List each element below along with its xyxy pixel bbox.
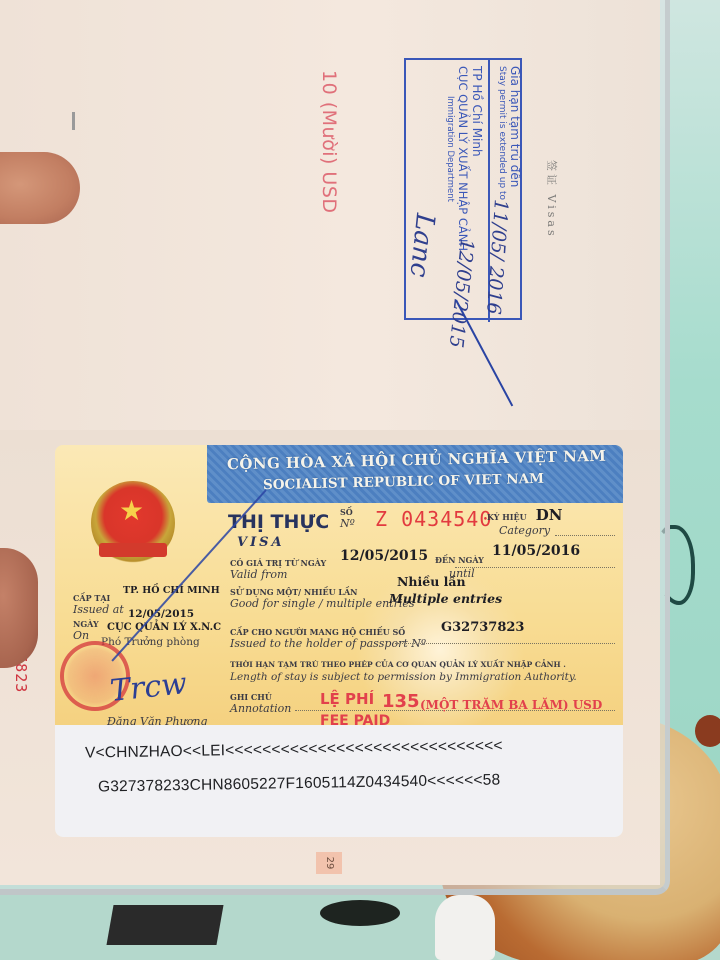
issued-on-label: NGÀY On xyxy=(73,619,99,642)
emblem-ribbon xyxy=(99,543,167,557)
category-field: KÝ HIỆU DN Category xyxy=(487,505,562,537)
dotted-line xyxy=(455,567,615,568)
national-emblem-icon: ★ xyxy=(91,481,175,565)
visas-section-label: 签证 Visas xyxy=(544,160,560,239)
fee-paid-label: FEE PAID xyxy=(320,713,390,729)
fee-amount-words: (MỘT TRĂM BA LĂM) USD xyxy=(420,698,602,712)
fee-label-vn: LỆ PHÍ xyxy=(320,690,374,708)
staple-mark xyxy=(72,112,75,130)
issued-on-value: 12/05/2015 xyxy=(128,608,194,620)
header-country-vn: CỘNG HÒA XÃ HỘI CHỦ NGHĨA VIỆT NAM xyxy=(227,447,607,474)
dotted-line xyxy=(395,643,615,644)
mrz-line-2: G327378233CHN8605227F1605114Z0434540<<<<… xyxy=(98,771,501,796)
entries-value-vn: Nhiều lần xyxy=(397,574,466,589)
category-label-vn: KÝ HIỆU xyxy=(487,512,527,522)
category-label-en: Category xyxy=(499,524,562,537)
fee-amount: 135 xyxy=(382,691,420,712)
until-label-vn: ĐẾN NGÀY xyxy=(435,555,484,565)
star-icon: ★ xyxy=(119,497,144,525)
visa-number-label: SỐ Nº xyxy=(340,507,355,530)
visa-header-banner: CỘNG HÒA XÃ HỘI CHỦ NGHĨA VIỆT NAM SOCIA… xyxy=(207,445,623,503)
passport-top-page: 10 (Mười) USD Gia hạn tạm trú đến Stay p… xyxy=(0,0,660,438)
machine-readable-zone: V<CHNZHAO<<LEI<<<<<<<<<<<<<<<<<<<<<<<<<<… xyxy=(55,725,623,837)
background-dark-blob xyxy=(320,900,400,926)
stay-extension-title-vn: Gia hạn tạm trú đến xyxy=(508,66,522,316)
stay-note-vn: THỜI HẠN TẠM TRÚ THEO PHÉP CỦA CƠ QUAN Q… xyxy=(230,660,566,669)
issuing-authority: CỤC QUẢN LÝ X.N.C xyxy=(107,622,221,633)
header-country-en: SOCIALIST REPUBLIC OF VIET NAM xyxy=(263,471,544,493)
visa-sticker: CỘNG HÒA XÃ HỘI CHỦ NGHĨA VIỆT NAM SOCIA… xyxy=(55,445,623,837)
entries-label-vn: SỬ DỤNG MỘT/ NHIỀU LẦN xyxy=(230,587,415,597)
official-title: Phó Trưởng phòng xyxy=(101,636,200,648)
background-dark-object xyxy=(106,905,223,945)
fee-stamp-red: 10 (Mười) USD xyxy=(318,70,340,214)
entries-value-en: Multiple entries xyxy=(389,591,502,606)
dotted-line xyxy=(555,535,615,536)
visa-number: Z 0434540 xyxy=(375,507,492,531)
annotation-label: GHI CHÚ Annotation xyxy=(230,692,291,715)
thumb-top xyxy=(0,152,80,224)
annotation-label-en: Annotation xyxy=(230,702,291,715)
page-number: 29 xyxy=(316,852,342,874)
valid-from-label-en: Valid from xyxy=(230,568,326,581)
entries-label-en: Good for single / multiple entries xyxy=(230,597,415,610)
passport-number-value: G32737823 xyxy=(441,620,524,635)
category-value: DN xyxy=(536,506,563,524)
plush-toy-white-patch xyxy=(435,895,495,960)
issued-at-label-en: Issued at xyxy=(73,603,124,616)
visa-number-label-vn: SỐ xyxy=(340,507,355,517)
issued-at-label: CẤP TẠI Issued at xyxy=(73,593,124,616)
annotation-label-vn: GHI CHÚ xyxy=(230,692,291,702)
plush-toy-ear xyxy=(695,715,720,747)
valid-from-label: CÓ GIÁ TRỊ TỪ NGÀY Valid from xyxy=(230,558,326,581)
valid-from-label-vn: CÓ GIÁ TRỊ TỪ NGÀY xyxy=(230,558,326,568)
stay-note-en: Length of stay is subject to permission … xyxy=(230,671,577,683)
official-signature: Trcw xyxy=(108,666,188,709)
mrz-line-1: V<CHNZHAO<<LEI<<<<<<<<<<<<<<<<<<<<<<<<<<… xyxy=(85,737,503,762)
passport-holder-label-vn: CẤP CHO NGƯỜI MANG HỘ CHIẾU SỐ xyxy=(230,627,426,637)
valid-from-value: 12/05/2015 xyxy=(340,548,428,564)
thumb-left xyxy=(0,548,38,668)
entries-label: SỬ DỤNG MỘT/ NHIỀU LẦN Good for single /… xyxy=(230,587,415,610)
visa-number-label-en: Nº xyxy=(340,517,355,530)
until-value: 11/05/2016 xyxy=(492,543,580,559)
passport-holder-label: CẤP CHO NGƯỜI MANG HỘ CHIẾU SỐ Issued to… xyxy=(230,627,426,650)
issued-at-label-vn: CẤP TẠI xyxy=(73,593,124,603)
visa-title-en: VISA xyxy=(237,535,285,550)
issued-on-label-vn: NGÀY xyxy=(73,619,99,629)
